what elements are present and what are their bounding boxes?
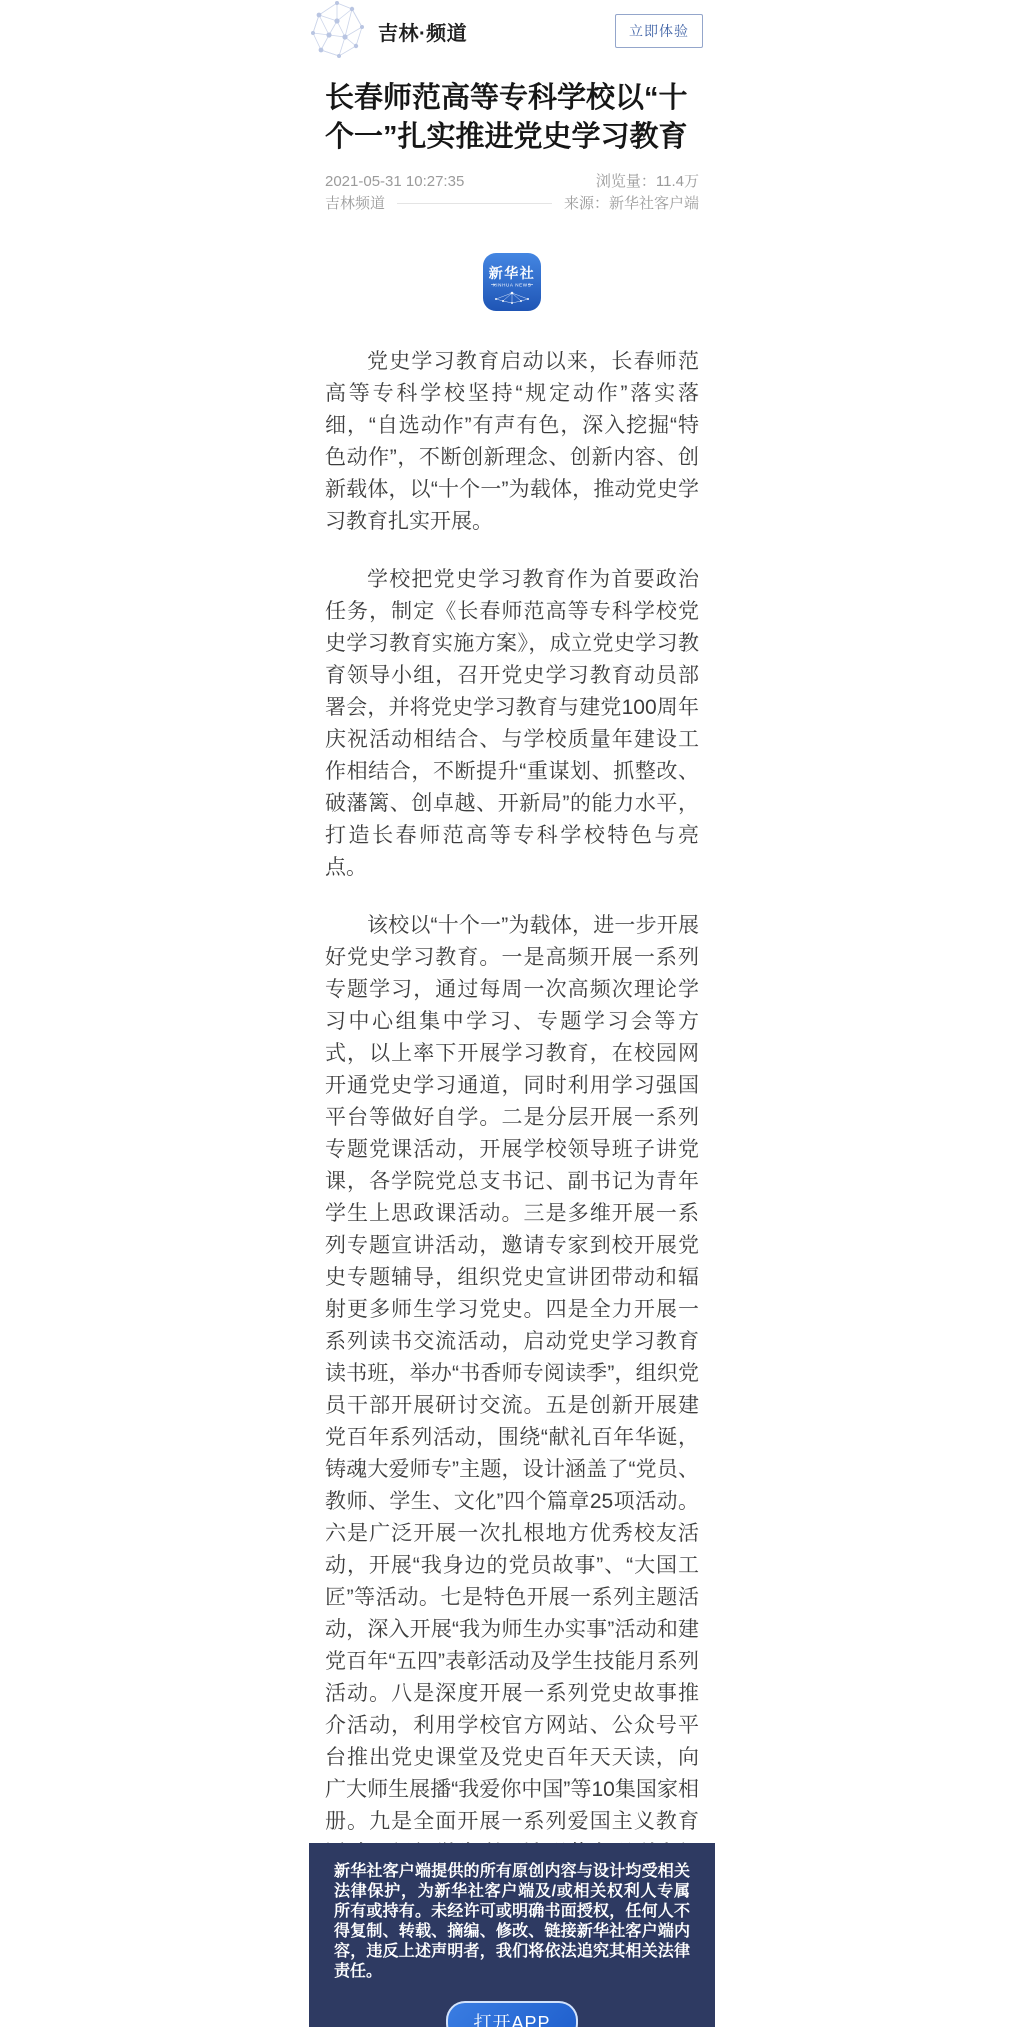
copyright-text: 新华社客户端提供的所有原创内容与设计均受相关法律保护，为新华社客户端及/或相关权… xyxy=(334,1862,690,1982)
app-icon-name-en: XINHUA NEWS xyxy=(493,283,532,288)
publish-datetime: 2021-05-31 10:27:35 xyxy=(325,171,464,192)
view-count: 浏览量：11.4万 xyxy=(596,171,699,192)
copyright-notice-panel: 新华社客户端提供的所有原创内容与设计均受相关法律保护，为新华社客户端及/或相关权… xyxy=(309,1843,715,2027)
bottom-white-strip xyxy=(309,2027,715,2035)
meta-row-1: 2021-05-31 10:27:35 浏览量：11.4万 xyxy=(325,171,699,192)
app-icon-name-cn: 新华社 xyxy=(489,265,536,281)
page-container: 吉林·频道 立即体验 长春师范高等专科学校以“十个一”扎实推进党史学习教育 20… xyxy=(309,0,715,2035)
article-title: 长春师范高等专科学校以“十个一”扎实推进党史学习教育 xyxy=(325,79,699,157)
xinhua-app-icon-wrap: 新华社 XINHUA NEWS xyxy=(325,253,699,316)
meta-row-2: 吉林频道 来源：新华社客户端 xyxy=(325,193,699,214)
meta-divider-line xyxy=(397,203,552,204)
article-meta: 2021-05-31 10:27:35 浏览量：11.4万 吉林频道 来源：新华… xyxy=(325,171,699,214)
channel-header: 吉林·频道 立即体验 xyxy=(309,0,715,62)
plexus-sphere-logo-icon xyxy=(309,1,366,58)
paragraph-1: 党史学习教育启动以来，长春师范高等专科学校坚持“规定动作”落实落细，“自选动作”… xyxy=(325,346,699,538)
article: 长春师范高等专科学校以“十个一”扎实推进党史学习教育 2021-05-31 10… xyxy=(309,79,715,1843)
paragraph-2: 学校把党史学习教育作为首要政治任务，制定《长春师范高等专科学校党史学习教育实施方… xyxy=(325,564,699,884)
channel-name: 吉林频道 xyxy=(325,193,385,214)
paragraph-3: 该校以“十个一”为载体，进一步开展好党史学习教育。一是高频开展一系列专题学习，通… xyxy=(325,910,699,1843)
channel-title: 吉林·频道 xyxy=(378,17,467,46)
try-now-button[interactable]: 立即体验 xyxy=(615,14,703,48)
xinhua-news-app-icon: 新华社 XINHUA NEWS xyxy=(483,253,541,311)
scroll-content: 吉林·频道 立即体验 长春师范高等专科学校以“十个一”扎实推进党史学习教育 20… xyxy=(309,0,715,1843)
source-name: 来源：新华社客户端 xyxy=(564,193,699,214)
